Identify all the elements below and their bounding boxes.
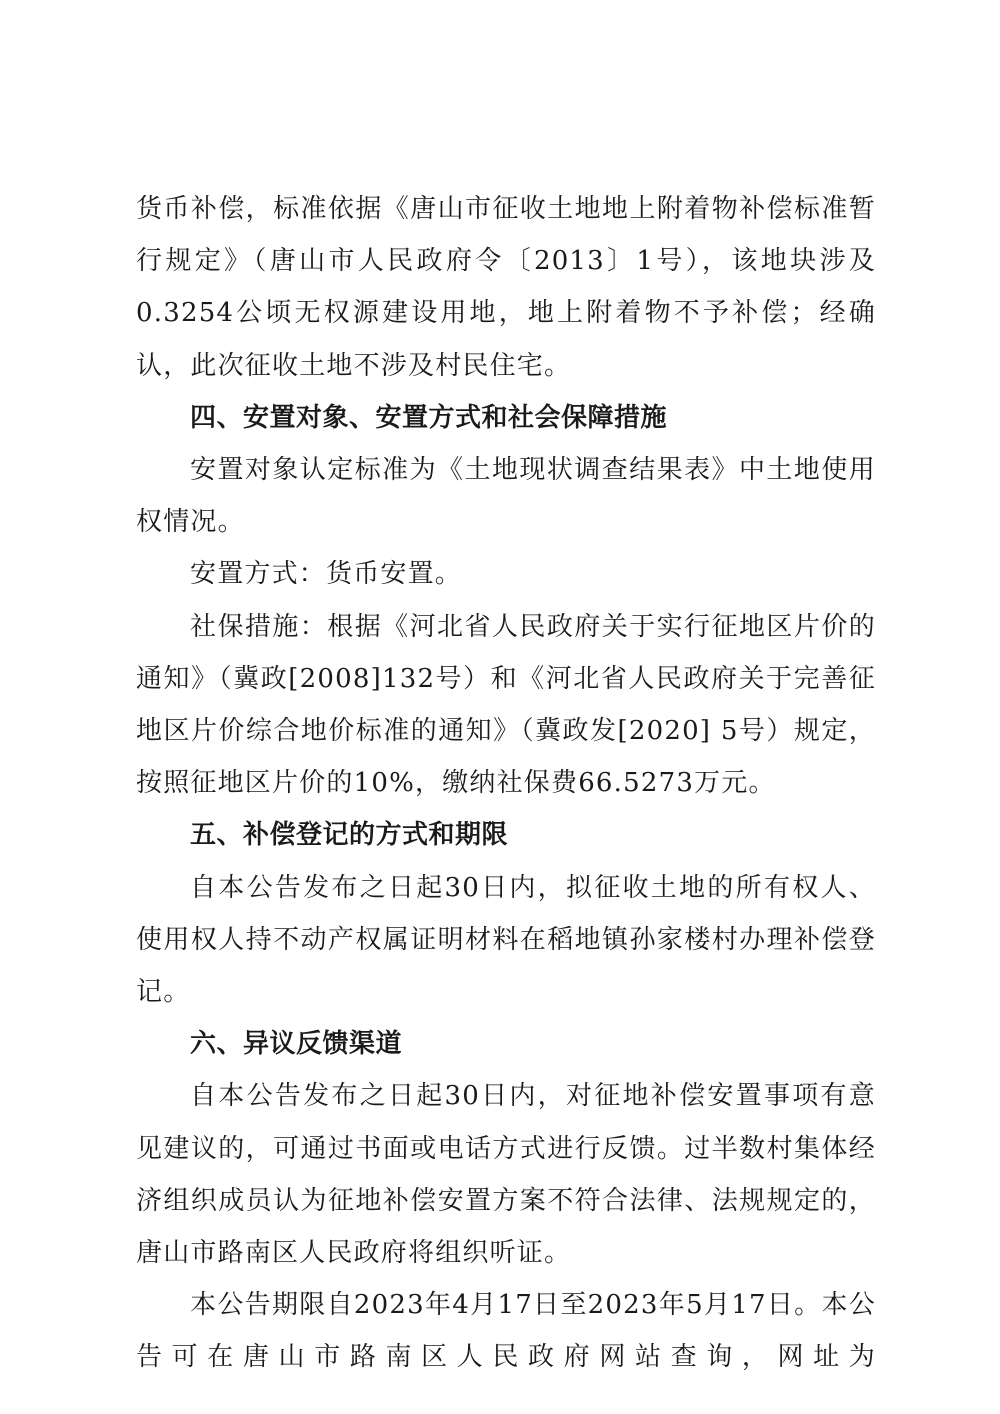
paragraph-social-security: 社保措施：根据《河北省人民政府关于实行征地区片价的通知》（冀政[2008]132… [136,601,876,810]
paragraph-notice-period: 本公告期限自2023年4月17日至2023年5月17日。本公告可在唐山市路南区人… [136,1279,876,1383]
document-page: 货币补偿，标准依据《唐山市征收土地地上附着物补偿标准暂行规定》（唐山市人民政府令… [136,183,876,1384]
section-heading-feedback: 六、异议反馈渠道 [136,1018,876,1070]
paragraph-feedback: 自本公告发布之日起30日内，对征地补偿安置事项有意见建议的，可通过书面或电话方式… [136,1070,876,1279]
paragraph-registration: 自本公告发布之日起30日内，拟征收土地的所有权人、使用权人持不动产权属证明材料在… [136,862,876,1019]
section-heading-registration: 五、补偿登记的方式和期限 [136,809,876,861]
section-heading-resettlement: 四、安置对象、安置方式和社会保障措施 [136,392,876,444]
paragraph-resettlement-target: 安置对象认定标准为《土地现状调查结果表》中土地使用权情况。 [136,444,876,548]
paragraph-compensation-standard: 货币补偿，标准依据《唐山市征收土地地上附着物补偿标准暂行规定》（唐山市人民政府令… [136,183,876,392]
paragraph-resettlement-method: 安置方式：货币安置。 [136,548,876,600]
